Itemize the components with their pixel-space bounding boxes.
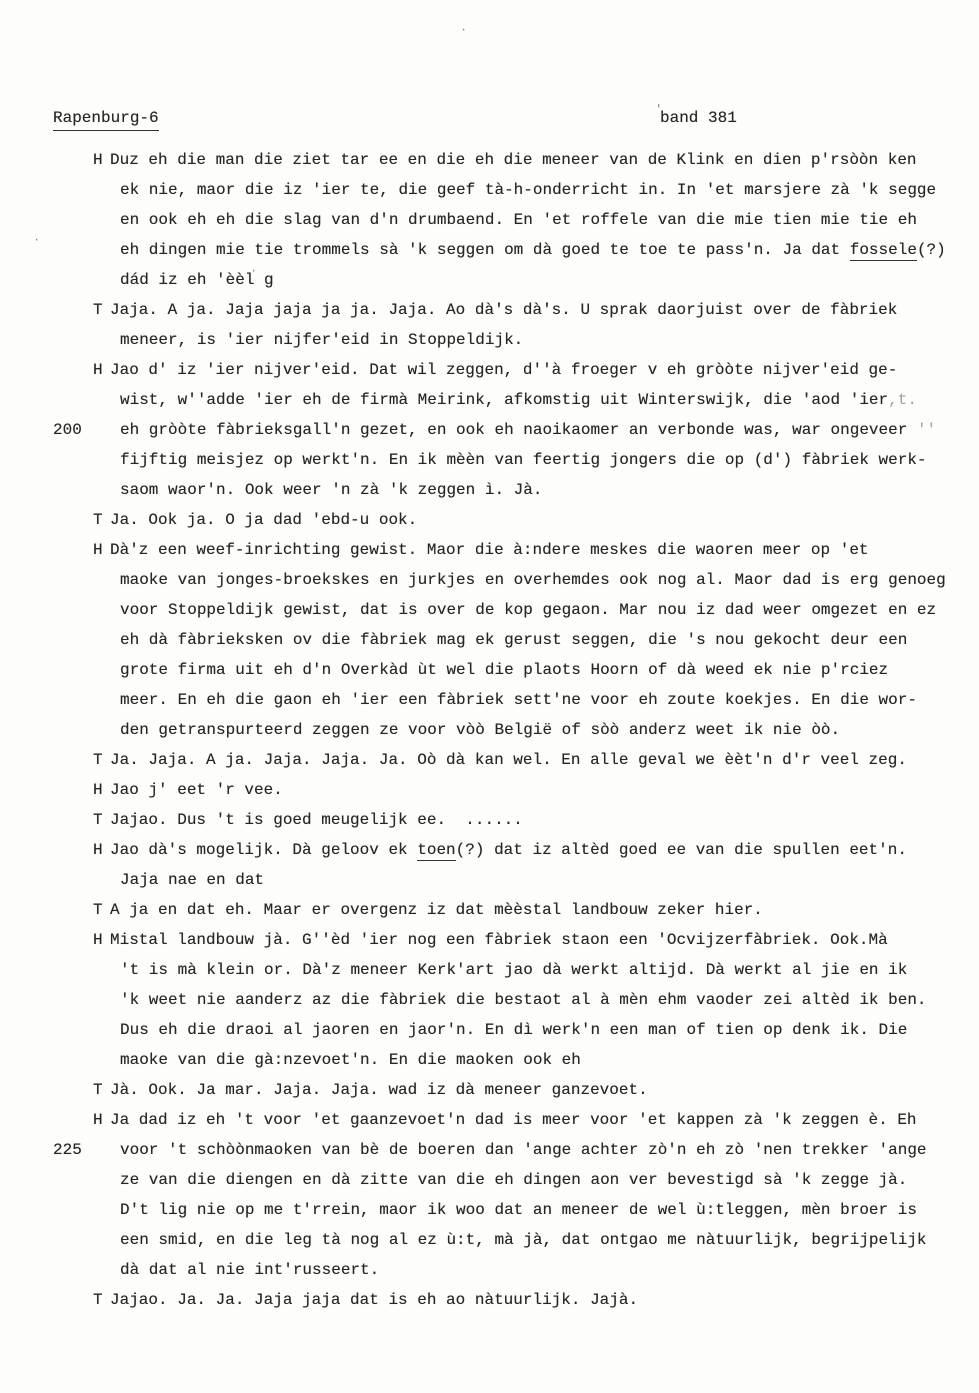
transcript-line: Jaja nae en dat [93, 865, 979, 895]
text-segment: Jaja. A ja. Jaja jaja ja ja. Jaja. Ao dà… [110, 301, 897, 319]
transcript-line: 'k weet nie aanderz az die fàbriek die b… [93, 985, 979, 1015]
line-text: meneer, is 'ier nijfer'eid in Stoppeldij… [110, 331, 523, 349]
transcript-line: 225voor 't schòònmaoken van bè de boeren… [93, 1135, 979, 1165]
transcript-line: saom waor'n. Ook weer 'n zà 'k zeggen ì.… [93, 475, 979, 505]
band-number: band 381 [660, 107, 737, 129]
ink-speck: · [250, 265, 257, 277]
line-text: Duz eh die man die ziet tar ee en die eh… [110, 151, 917, 169]
text-segment: A ja en dat eh. Maar er overgenz iz dat … [110, 901, 763, 919]
text-segment: maoke van jonges-broekskes en jurkjes en… [120, 571, 946, 589]
line-text: Jà. Ook. Ja mar. Jaja. Jaja. wad iz dà m… [110, 1081, 648, 1099]
line-text: Jaja nae en dat [110, 871, 264, 889]
transcript-body: HDuz eh die man die ziet tar ee en die e… [93, 145, 979, 1315]
text-segment: meer. En eh die gaon eh 'ier een fàbriek… [120, 691, 917, 709]
text-segment: Dus eh die draoi al jaoren en jaor'n. En… [120, 1021, 907, 1039]
line-number: 225 [53, 1135, 82, 1165]
text-segment: Ja. Ook ja. O ja dad 'ebd-u ook. [110, 511, 417, 529]
line-text: voor Stoppeldijk gewist, dat is over de … [110, 601, 936, 619]
transcript-line: HMistal landbouw jà. G''èd 'ier nog een … [93, 925, 979, 955]
transcript-line: eh dà fàbrieksken ov die fàbriek mag ek … [93, 625, 979, 655]
line-text: Ja dad iz eh 't voor 'et gaanzevoet'n da… [110, 1111, 917, 1129]
speaker-label: T [93, 745, 110, 775]
speaker-label: T [93, 1285, 110, 1315]
line-text: wist, w''adde 'ier eh de firmà Meirink, … [110, 391, 917, 409]
text-segment: den getranspurteerd zeggen ze voor vòò B… [120, 721, 840, 739]
underlined-word: toen [417, 841, 455, 861]
transcript-line: meneer, is 'ier nijfer'eid in Stoppeldij… [93, 325, 979, 355]
line-text: dà dat al nie int'russeert. [110, 1261, 379, 1279]
text-segment: Ja. Jaja. A ja. Jaja. Jaja. Ja. Oò dà ka… [110, 751, 907, 769]
text-segment: een smid, en die leg tà nog al ez ù:t, m… [120, 1231, 927, 1249]
text-segment: ze van die diengen en dà zitte van die e… [120, 1171, 907, 1189]
line-text: D't lig nie op me t'rrein, maor ik woo d… [110, 1201, 917, 1219]
text-segment: Duz eh die man die ziet tar ee en die eh… [110, 151, 917, 169]
line-text: A ja en dat eh. Maar er overgenz iz dat … [110, 901, 763, 919]
text-segment: saom waor'n. Ook weer 'n zà 'k zeggen ì.… [120, 481, 542, 499]
ink-speck: ' [655, 104, 662, 116]
faint-mark: ,t. [888, 391, 917, 409]
transcript-line: TJajao. Dus 't is goed meugelijk ee. ...… [93, 805, 979, 835]
transcript-line: TA ja en dat eh. Maar er overgenz iz dat… [93, 895, 979, 925]
line-text: saom waor'n. Ook weer 'n zà 'k zeggen ì.… [110, 481, 542, 499]
text-segment: meneer, is 'ier nijfer'eid in Stoppeldij… [120, 331, 523, 349]
line-text: fijftig meisjez op werkt'n. En ik mèèn v… [110, 451, 927, 469]
speaker-label: H [93, 835, 110, 865]
text-segment: wist, w''adde 'ier eh de firmà Meirink, … [120, 391, 888, 409]
speaker-label: H [93, 925, 110, 955]
transcript-line: den getranspurteerd zeggen ze voor vòò B… [93, 715, 979, 745]
line-text: Jaja. A ja. Jaja jaja ja ja. Jaja. Ao dà… [110, 301, 897, 319]
underlined-word: fossele [850, 241, 917, 261]
line-text: Dus eh die draoi al jaoren en jaor'n. En… [110, 1021, 907, 1039]
text-segment: Jaja nae en dat [120, 871, 264, 889]
transcript-line: HDuz eh die man die ziet tar ee en die e… [93, 145, 979, 175]
text-segment: Mistal landbouw jà. G''èd 'ier nog een f… [110, 931, 888, 949]
text-segment: Jajao. Dus 't is goed meugelijk ee. ....… [110, 811, 523, 829]
page-title: Rapenburg-6 [53, 107, 159, 131]
transcript-line: wist, w''adde 'ier eh de firmà Meirink, … [93, 385, 979, 415]
line-text: ek nie, maor die iz 'ier te, die geef tà… [110, 181, 936, 199]
transcript-line: TJajao. Ja. Ja. Jaja jaja dat is eh ao n… [93, 1285, 979, 1315]
text-segment: 'k weet nie aanderz az die fàbriek die b… [120, 991, 927, 1009]
transcript-line: TJà. Ook. Ja mar. Jaja. Jaja. wad iz dà … [93, 1075, 979, 1105]
line-text: maoke van jonges-broekskes en jurkjes en… [110, 571, 946, 589]
transcript-line: ek nie, maor die iz 'ier te, die geef tà… [93, 175, 979, 205]
ink-speck: · [460, 24, 467, 36]
faint-mark: '' [917, 421, 936, 439]
text-segment: eh dingen mie tie trommels sà 'k seggen … [120, 241, 850, 259]
text-segment: D't lig nie op me t'rrein, maor ik woo d… [120, 1201, 917, 1219]
line-number: 200 [53, 415, 82, 445]
line-text: Ja. Jaja. A ja. Jaja. Jaja. Ja. Oò dà ka… [110, 751, 907, 769]
text-segment: voor 't schòònmaoken van bè de boeren da… [120, 1141, 927, 1159]
line-text: Dà'z een weef-inrichting gewist. Maor di… [110, 541, 869, 559]
text-segment: eh gròòte fàbrieksgall'n gezet, en ook e… [120, 421, 917, 439]
text-segment: Jao d' iz 'ier nijver'eid. Dat wil zegge… [110, 361, 897, 379]
line-text: 'k weet nie aanderz az die fàbriek die b… [110, 991, 927, 1009]
speaker-label: T [93, 505, 110, 535]
text-segment: Dà'z een weef-inrichting gewist. Maor di… [110, 541, 869, 559]
line-text: Jao dà's mogelijk. Dà geloov ek toen(?) … [110, 841, 907, 861]
line-text: 't is mà klein or. Dà'z meneer Kerk'art … [110, 961, 907, 979]
line-text: maoke van die gà:nzevoet'n. En die maoke… [110, 1051, 581, 1069]
text-segment: eh dà fàbrieksken ov die fàbriek mag ek … [120, 631, 907, 649]
speaker-label: T [93, 805, 110, 835]
transcript-line: HJao d' iz 'ier nijver'eid. Dat wil zegg… [93, 355, 979, 385]
text-segment: Jao j' eet 'r vee. [110, 781, 283, 799]
line-text: Ja. Ook ja. O ja dad 'ebd-u ook. [110, 511, 417, 529]
text-segment: maoke van die gà:nzevoet'n. En die maoke… [120, 1051, 581, 1069]
text-segment: ek nie, maor die iz 'ier te, die geef tà… [120, 181, 936, 199]
speaker-label: H [93, 145, 110, 175]
line-text: ze van die diengen en dà zitte van die e… [110, 1171, 907, 1189]
line-text: eh dingen mie tie trommels sà 'k seggen … [110, 241, 946, 259]
text-segment: Jao dà's mogelijk. Dà geloov ek [110, 841, 417, 859]
line-text: eh gròòte fàbrieksgall'n gezet, en ook e… [110, 421, 936, 439]
transcript-line: grote firma uit eh d'n Overkàd ùt wel di… [93, 655, 979, 685]
text-segment: fijftig meisjez op werkt'n. En ik mèèn v… [120, 451, 927, 469]
transcript-line: dà dat al nie int'russeert. [93, 1255, 979, 1285]
text-segment: (?) [917, 241, 946, 259]
transcript-line: TJa. Ook ja. O ja dad 'ebd-u ook. [93, 505, 979, 535]
line-text: eh dà fàbrieksken ov die fàbriek mag ek … [110, 631, 907, 649]
transcript-line: eh dingen mie tie trommels sà 'k seggen … [93, 235, 979, 265]
line-text: Jao j' eet 'r vee. [110, 781, 283, 799]
speaker-label: T [93, 895, 110, 925]
speaker-label: H [93, 775, 110, 805]
line-text: grote firma uit eh d'n Overkàd ùt wel di… [110, 661, 888, 679]
line-text: den getranspurteerd zeggen ze voor vòò B… [110, 721, 840, 739]
text-segment: 't is mà klein or. Dà'z meneer Kerk'art … [120, 961, 907, 979]
line-text: en ook eh eh die slag van d'n drumbaend.… [110, 211, 917, 229]
text-segment: voor Stoppeldijk gewist, dat is over de … [120, 601, 936, 619]
transcript-line: 't is mà klein or. Dà'z meneer Kerk'art … [93, 955, 979, 985]
transcript-line: een smid, en die leg tà nog al ez ù:t, m… [93, 1225, 979, 1255]
transcript-line: TJa. Jaja. A ja. Jaja. Jaja. Ja. Oò dà k… [93, 745, 979, 775]
text-segment: dà dat al nie int'russeert. [120, 1261, 379, 1279]
transcript-line: ze van die diengen en dà zitte van die e… [93, 1165, 979, 1195]
transcript-line: HJao dà's mogelijk. Dà geloov ek toen(?)… [93, 835, 979, 865]
line-text: Jajao. Ja. Ja. Jaja jaja dat is eh ao nà… [110, 1291, 638, 1309]
text-segment: en ook eh eh die slag van d'n drumbaend.… [120, 211, 917, 229]
text-segment: Jajao. Ja. Ja. Jaja jaja dat is eh ao nà… [110, 1291, 638, 1309]
scanned-transcript-page: Rapenburg-6 band 381 HDuz eh die man die… [0, 0, 979, 1393]
transcript-line: meer. En eh die gaon eh 'ier een fàbriek… [93, 685, 979, 715]
line-text: Jao d' iz 'ier nijver'eid. Dat wil zegge… [110, 361, 897, 379]
transcript-line: en ook eh eh die slag van d'n drumbaend.… [93, 205, 979, 235]
line-text: meer. En eh die gaon eh 'ier een fàbriek… [110, 691, 917, 709]
transcript-line: TJaja. A ja. Jaja jaja ja ja. Jaja. Ao d… [93, 295, 979, 325]
speaker-label: T [93, 1075, 110, 1105]
transcript-line: D't lig nie op me t'rrein, maor ik woo d… [93, 1195, 979, 1225]
transcript-line: HDà'z een weef-inrichting gewist. Maor d… [93, 535, 979, 565]
transcript-line: maoke van die gà:nzevoet'n. En die maoke… [93, 1045, 979, 1075]
ink-speck: · [33, 234, 40, 246]
speaker-label: H [93, 1105, 110, 1135]
speaker-label: H [93, 355, 110, 385]
line-text: een smid, en die leg tà nog al ez ù:t, m… [110, 1231, 927, 1249]
text-segment: Ja dad iz eh 't voor 'et gaanzevoet'n da… [110, 1111, 917, 1129]
transcript-line: HJao j' eet 'r vee. [93, 775, 979, 805]
transcript-line: fijftig meisjez op werkt'n. En ik mèèn v… [93, 445, 979, 475]
transcript-line: maoke van jonges-broekskes en jurkjes en… [93, 565, 979, 595]
speaker-label: H [93, 535, 110, 565]
speaker-label: T [93, 295, 110, 325]
transcript-line: Dus eh die draoi al jaoren en jaor'n. En… [93, 1015, 979, 1045]
transcript-line: voor Stoppeldijk gewist, dat is over de … [93, 595, 979, 625]
text-segment: Jà. Ook. Ja mar. Jaja. Jaja. wad iz dà m… [110, 1081, 648, 1099]
line-text: Jajao. Dus 't is goed meugelijk ee. ....… [110, 811, 523, 829]
transcript-line: 200eh gròòte fàbrieksgall'n gezet, en oo… [93, 415, 979, 445]
transcript-line: HJa dad iz eh 't voor 'et gaanzevoet'n d… [93, 1105, 979, 1135]
line-text: Mistal landbouw jà. G''èd 'ier nog een f… [110, 931, 888, 949]
transcript-line: dád iz eh 'èèl g [93, 265, 979, 295]
text-segment: grote firma uit eh d'n Overkàd ùt wel di… [120, 661, 888, 679]
line-text: voor 't schòònmaoken van bè de boeren da… [110, 1141, 927, 1159]
text-segment: (?) dat iz altèd goed ee van die spullen… [456, 841, 907, 859]
